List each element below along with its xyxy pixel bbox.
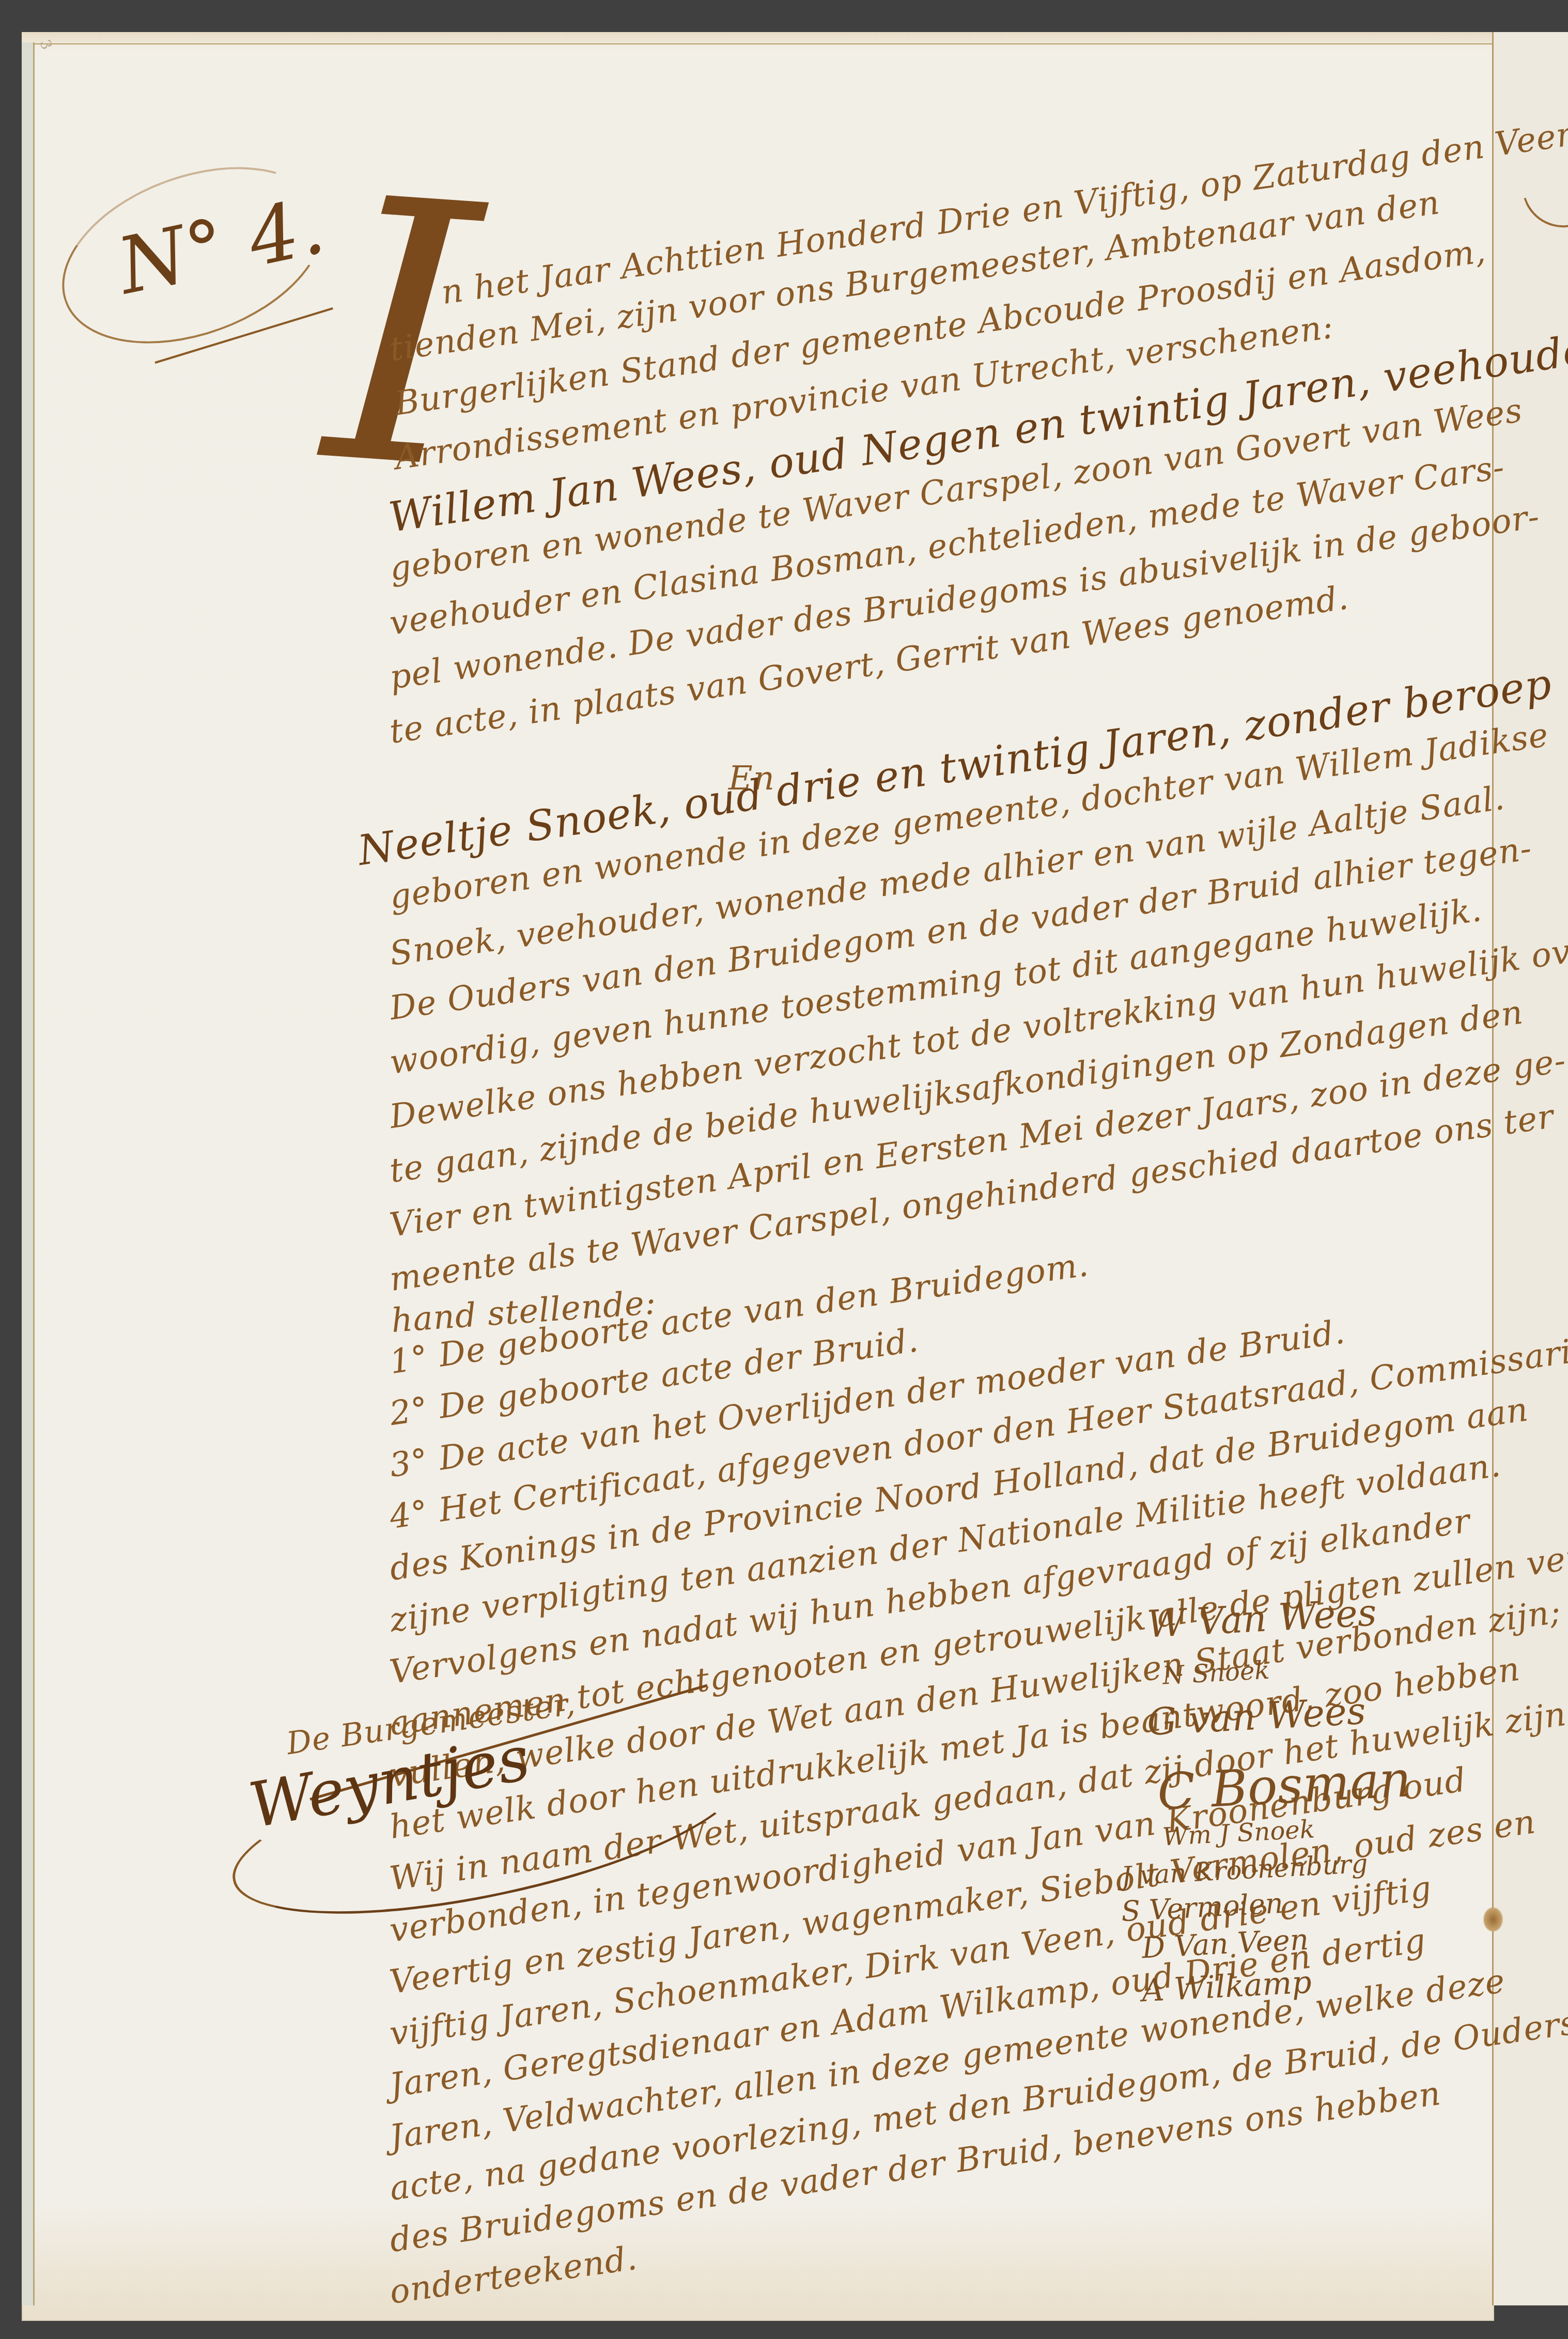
binding-strip — [22, 42, 35, 2305]
ink-stain — [1483, 1907, 1503, 1932]
page-top-edge — [22, 32, 1494, 44]
signature-bride: N Snoek — [1162, 1656, 1270, 1691]
